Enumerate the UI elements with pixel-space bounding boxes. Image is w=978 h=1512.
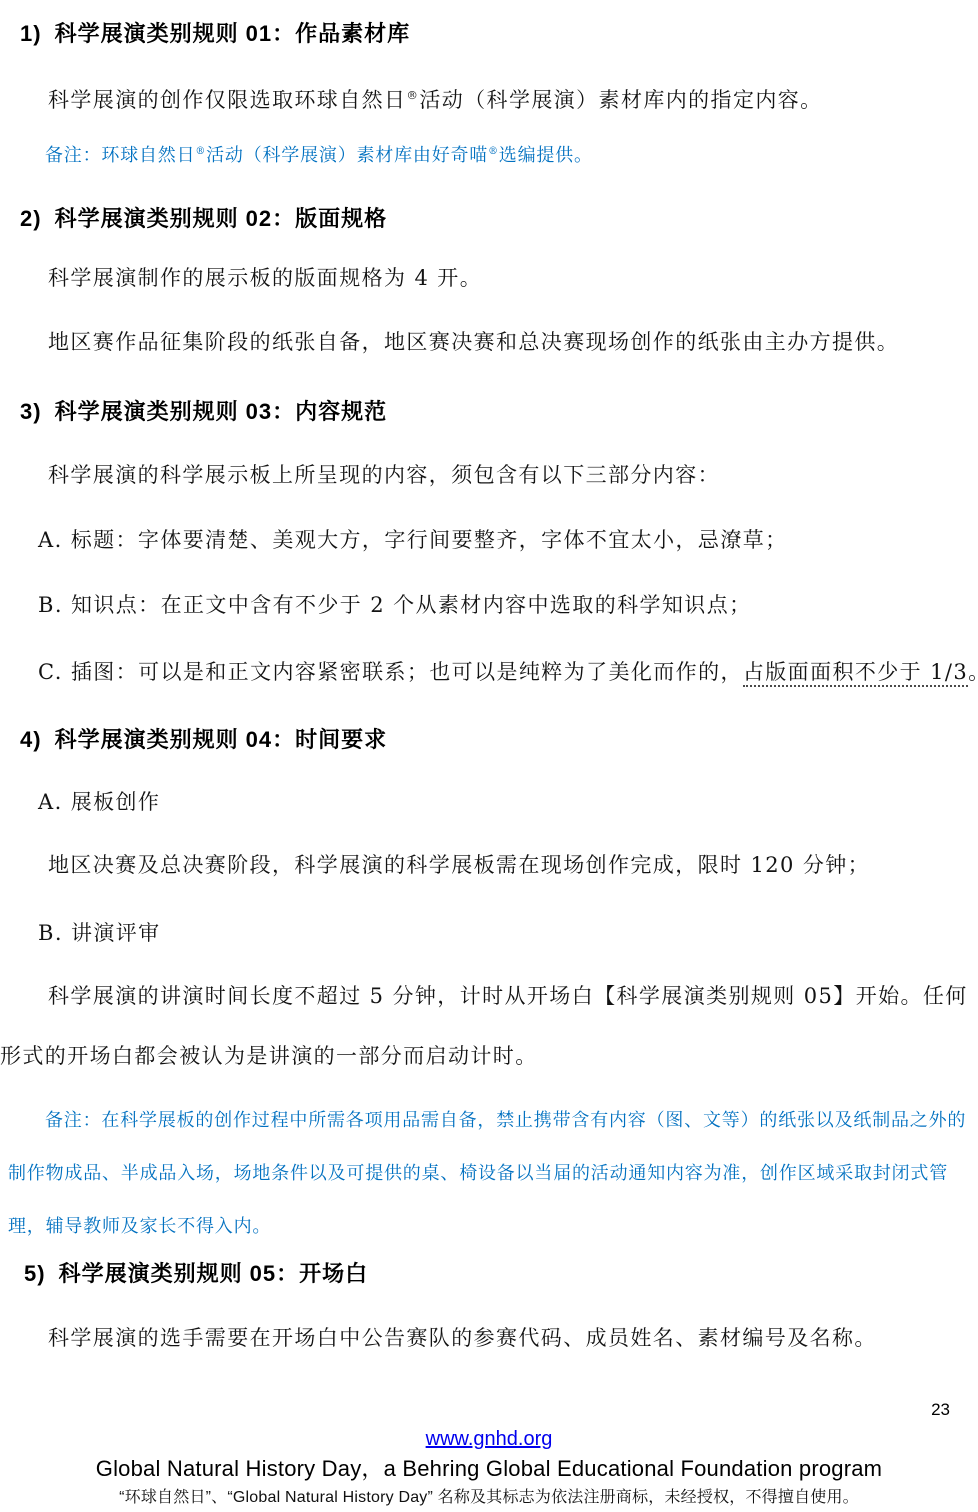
rule-03-item-a: A. 标题：字体要清楚、美观大方，字行间要整齐，字体不宜太小，忌潦草；	[38, 525, 788, 555]
rule-01-note-text: 备注：环球自然日	[45, 145, 195, 166]
rule-04-item-a: A. 展板创作	[38, 787, 160, 817]
rule-04-item-b: B. 讲演评审	[38, 918, 161, 948]
document-page: 1)科学展演类别规则 01：作品素材库 科学展演的创作仅限选取环球自然日®活动（…	[0, 0, 978, 1512]
rule-02-title: 科学展演类别规则 02：版面规格	[55, 206, 388, 231]
rule-01-note-text-3: 选编提供。	[499, 145, 593, 166]
rule-04-number: 4)	[20, 727, 42, 753]
rule-02-heading: 2)科学展演类别规则 02：版面规格	[20, 202, 387, 233]
page-number: 23	[931, 1400, 950, 1420]
footer-link-row: www.gnhd.org	[0, 1428, 978, 1451]
rule-04-heading: 4)科学展演类别规则 04：时间要求	[20, 723, 387, 754]
rule-05-paragraph: 科学展演的选手需要在开场白中公告赛队的参赛代码、成员姓名、素材编号及名称。	[0, 1323, 978, 1353]
registered-trademark-icon: ®	[488, 146, 499, 157]
rule-03-heading: 3)科学展演类别规则 03：内容规范	[20, 395, 387, 426]
rule-04-note: 备注：在科学展板的创作过程中所需各项用品需自备，禁止携带含有内容（图、文等）的纸…	[8, 1094, 974, 1253]
rule-04-paragraph-b: 科学展演的讲演时间长度不超过 5 分钟，计时从开场白【科学展演类别规则 05】开…	[0, 966, 978, 1086]
rule-05-number: 5)	[24, 1261, 46, 1287]
rule-03-intro: 科学展演的科学展示板上所呈现的内容，须包含有以下三部分内容：	[0, 460, 978, 490]
rule-03-item-c-underlined: 占版面面积不少于 1/3	[743, 660, 968, 687]
rule-05-title: 科学展演类别规则 05：开场白	[59, 1261, 369, 1286]
rule-03-number: 3)	[20, 399, 42, 425]
rule-05-heading: 5)科学展演类别规则 05：开场白	[24, 1257, 368, 1288]
footer-program-line: Global Natural History Day，a Behring Glo…	[0, 1452, 978, 1483]
rule-01-title: 科学展演类别规则 01：作品素材库	[55, 21, 411, 46]
rule-02-paragraph-2: 地区赛作品征集阶段的纸张自备，地区赛决赛和总决赛现场创作的纸张由主办方提供。	[0, 327, 978, 357]
rule-01-heading: 1)科学展演类别规则 01：作品素材库	[20, 17, 410, 48]
rule-03-item-c-text: C. 插图：可以是和正文内容紧密联系；也可以是纯粹为了美化而作的，	[38, 660, 743, 684]
rule-03-item-c-period: 。	[968, 660, 978, 684]
rule-04-title: 科学展演类别规则 04：时间要求	[55, 727, 388, 752]
rule-01-number: 1)	[20, 21, 42, 47]
footer-trademark-line: “环球自然日”、“Global Natural History Day” 名称及…	[0, 1484, 978, 1507]
rule-01-paragraph-text: 科学展演的创作仅限选取环球自然日	[48, 88, 406, 112]
rule-01-paragraph: 科学展演的创作仅限选取环球自然日®活动（科学展演）素材库内的指定内容。	[0, 85, 978, 115]
gnhd-website-link[interactable]: www.gnhd.org	[426, 1428, 553, 1450]
rule-04-paragraph-a: 地区决赛及总决赛阶段，科学展演的科学展板需在现场创作完成，限时 120 分钟；	[0, 850, 978, 880]
rule-02-paragraph-1: 科学展演制作的展示板的版面规格为 4 开。	[0, 263, 978, 293]
rule-03-title: 科学展演类别规则 03：内容规范	[55, 399, 388, 424]
rule-03-item-c: C. 插图：可以是和正文内容紧密联系；也可以是纯粹为了美化而作的，占版面面积不少…	[38, 657, 978, 687]
registered-trademark-icon: ®	[406, 88, 419, 102]
rule-02-number: 2)	[20, 206, 42, 232]
rule-03-item-b: B. 知识点：在正文中含有不少于 2 个从素材内容中选取的科学知识点；	[38, 590, 752, 620]
registered-trademark-icon: ®	[195, 146, 206, 157]
rule-01-note-text-2: 活动（科学展演）素材库由好奇喵	[206, 145, 488, 166]
rule-01-paragraph-text-2: 活动（科学展演）素材库内的指定内容。	[419, 88, 822, 112]
rule-01-note: 备注：环球自然日®活动（科学展演）素材库由好奇喵®选编提供。	[45, 144, 593, 168]
